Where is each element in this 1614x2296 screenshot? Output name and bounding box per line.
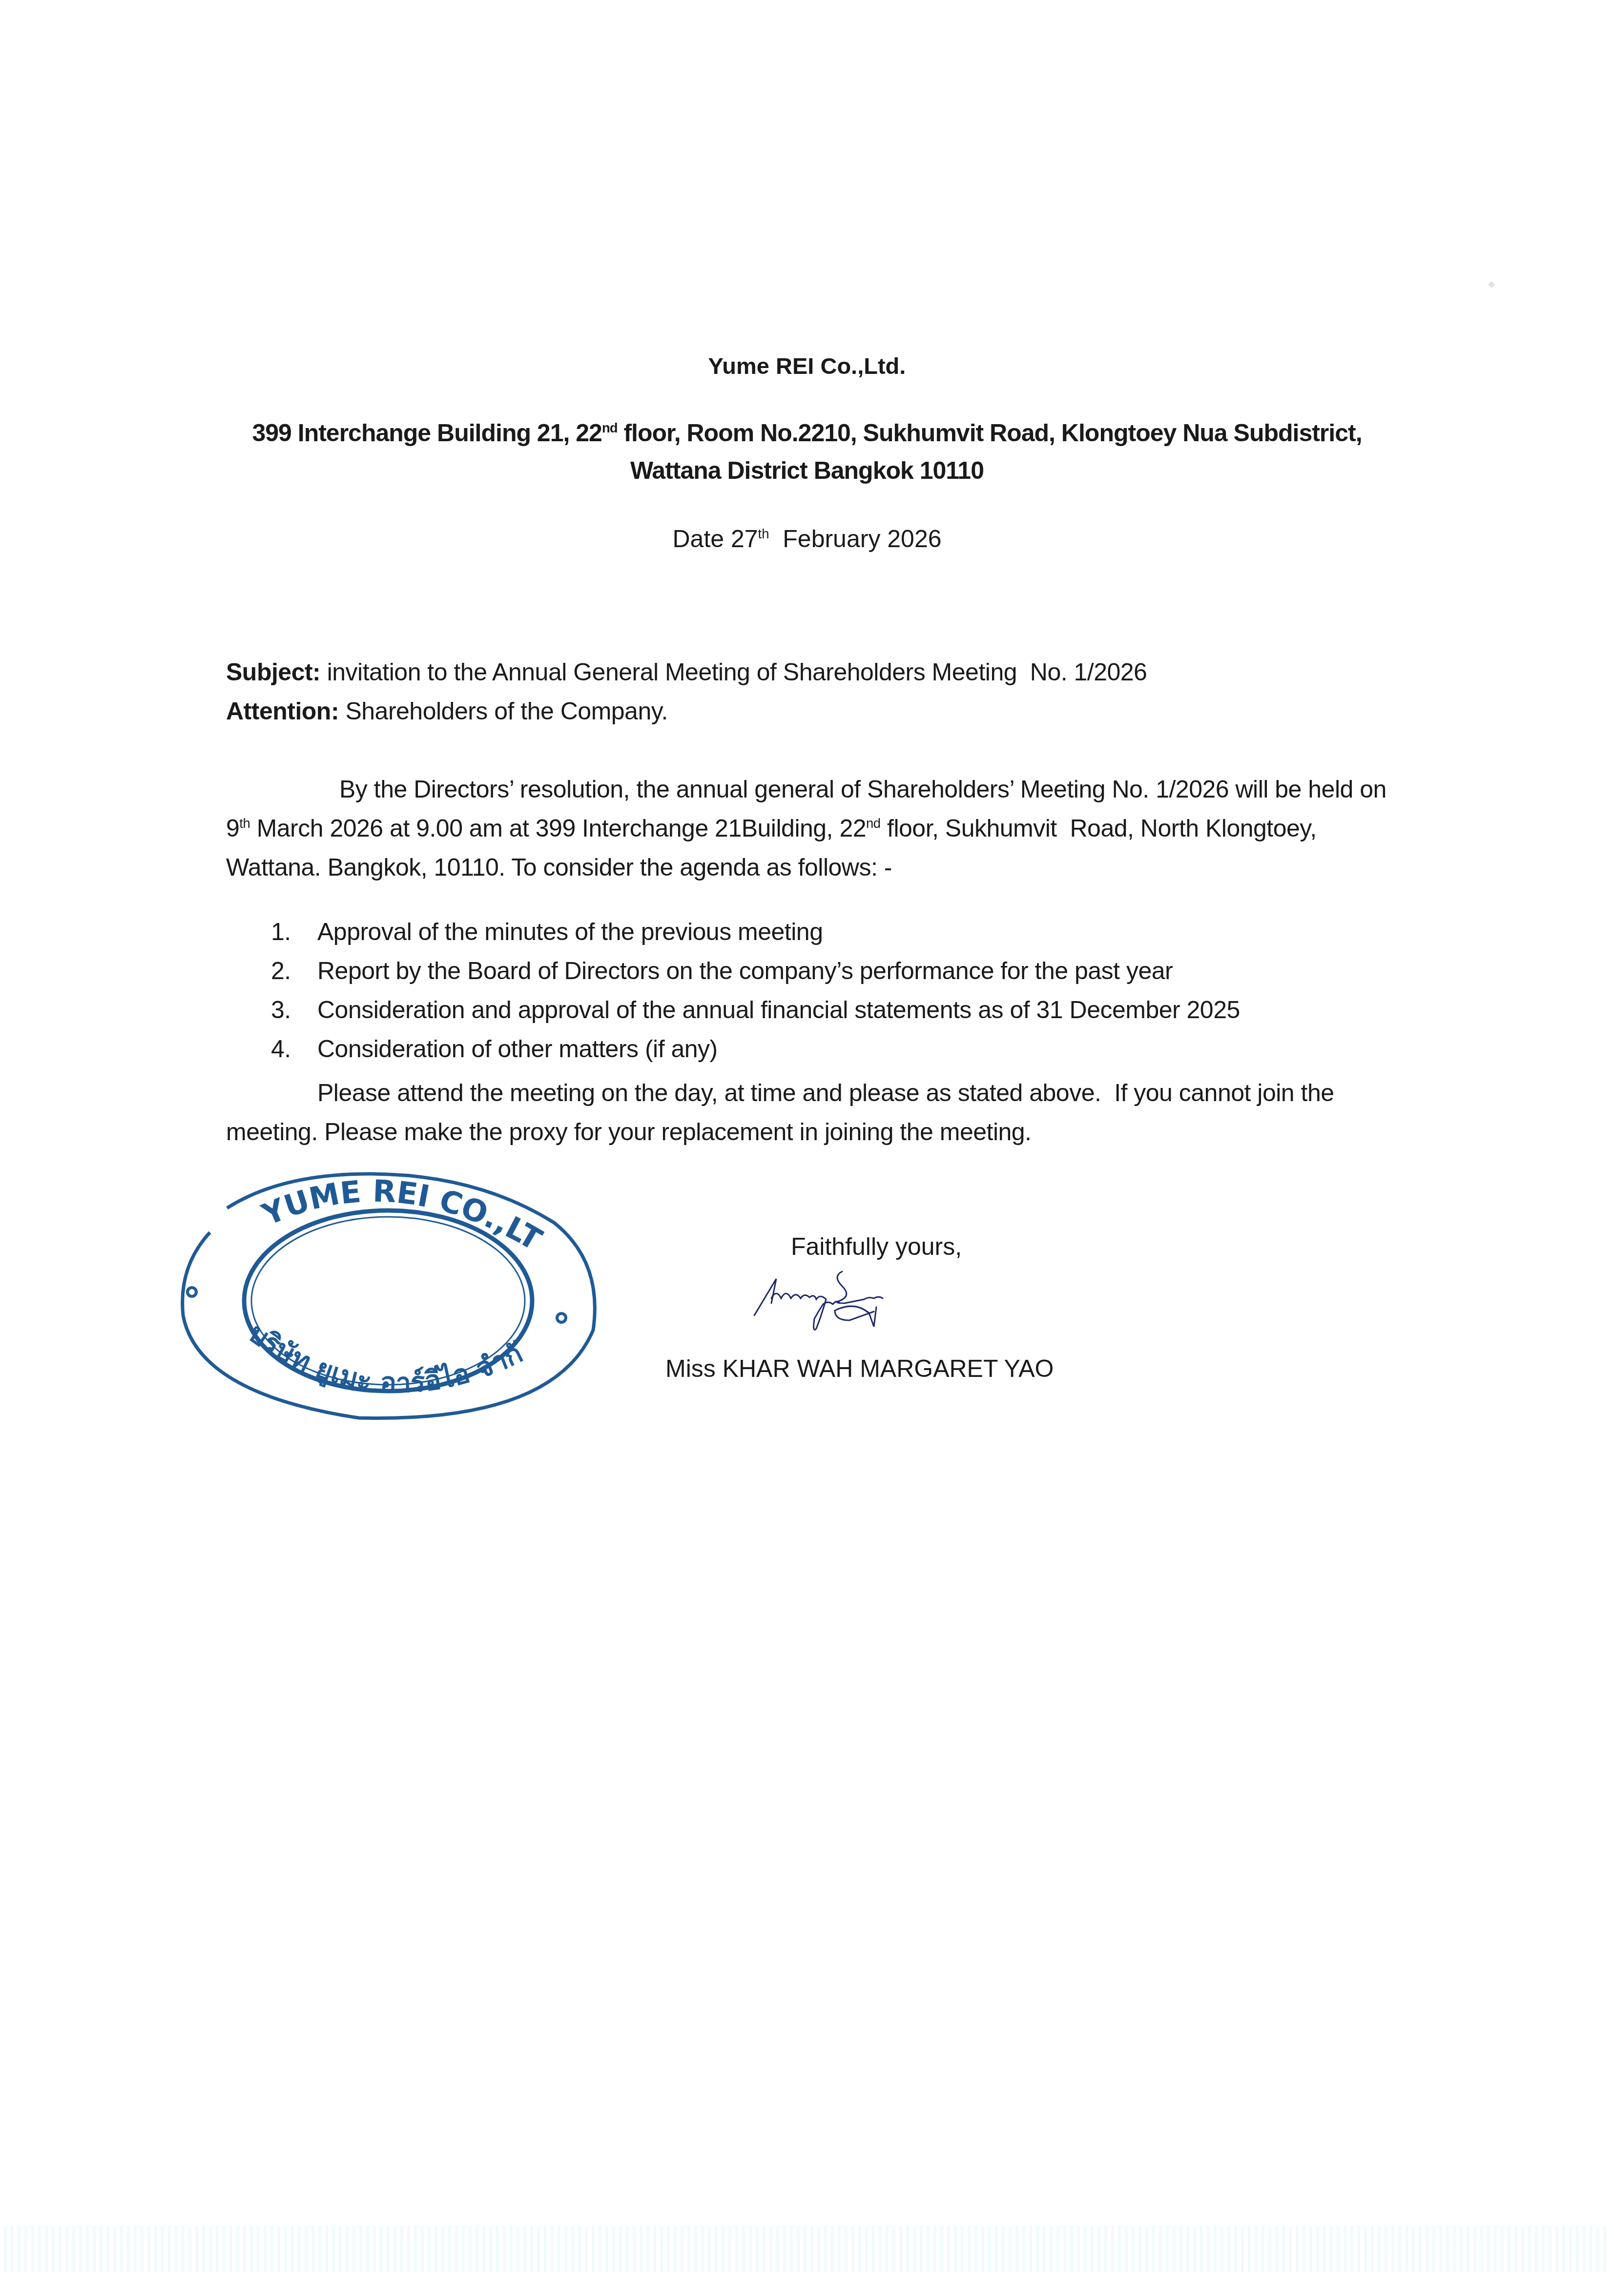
closing-paragraph-line2: meeting. Please make the proxy for your …	[226, 1118, 1032, 1146]
handwritten-signature	[752, 1269, 996, 1342]
letter-page: Yume REI Co.,Ltd. 399 Interchange Buildi…	[0, 0, 1614, 2296]
attention-label: Attention:	[226, 697, 339, 725]
subject-label: Subject:	[226, 658, 320, 686]
agenda-list: 1.Approval of the minutes of the previou…	[271, 918, 1240, 1074]
company-address-line2: Wattana District Bangkok 10110	[0, 456, 1614, 485]
company-name: Yume REI Co.,Ltd.	[0, 352, 1614, 379]
signer-name: Miss KHAR WAH MARGARET YAO	[665, 1354, 1054, 1383]
attention-line: Attention: Shareholders of the Company.	[226, 697, 668, 725]
subject-text: invitation to the Annual General Meeting…	[320, 658, 1147, 686]
stamp-dot-left	[187, 1288, 196, 1296]
company-seal-stamp: YUME REI CO.,LTD. บริษัท ยูเมะ อาร์อีไอ …	[164, 1164, 603, 1437]
company-address-line1: 399 Interchange Building 21, 22nd floor,…	[0, 419, 1614, 447]
agenda-item: 4.Consideration of other matters (if any…	[271, 1035, 1240, 1074]
agenda-item: 3.Consideration and approval of the annu…	[271, 996, 1240, 1035]
subject-line: Subject: invitation to the Annual Genera…	[226, 658, 1147, 686]
agenda-item: 1.Approval of the minutes of the previou…	[271, 918, 1240, 957]
scan-speck	[1488, 281, 1495, 288]
intro-paragraph-line1: By the Directors’ resolution, the annual…	[339, 775, 1386, 803]
closing-salutation: Faithfully yours,	[791, 1232, 962, 1261]
intro-paragraph-line2: 9th March 2026 at 9.00 am at 399 Interch…	[226, 814, 1317, 842]
agenda-item: 2.Report by the Board of Directors on th…	[271, 957, 1240, 996]
scan-noise-band	[4, 2226, 1610, 2272]
letter-date: Date 27th February 2026	[0, 525, 1614, 553]
attention-text: Shareholders of the Company.	[339, 697, 668, 725]
stamp-dot-right	[557, 1313, 566, 1322]
intro-paragraph-line3: Wattana. Bangkok, 10110. To consider the…	[226, 853, 892, 881]
closing-paragraph-line1: Please attend the meeting on the day, at…	[317, 1079, 1334, 1107]
